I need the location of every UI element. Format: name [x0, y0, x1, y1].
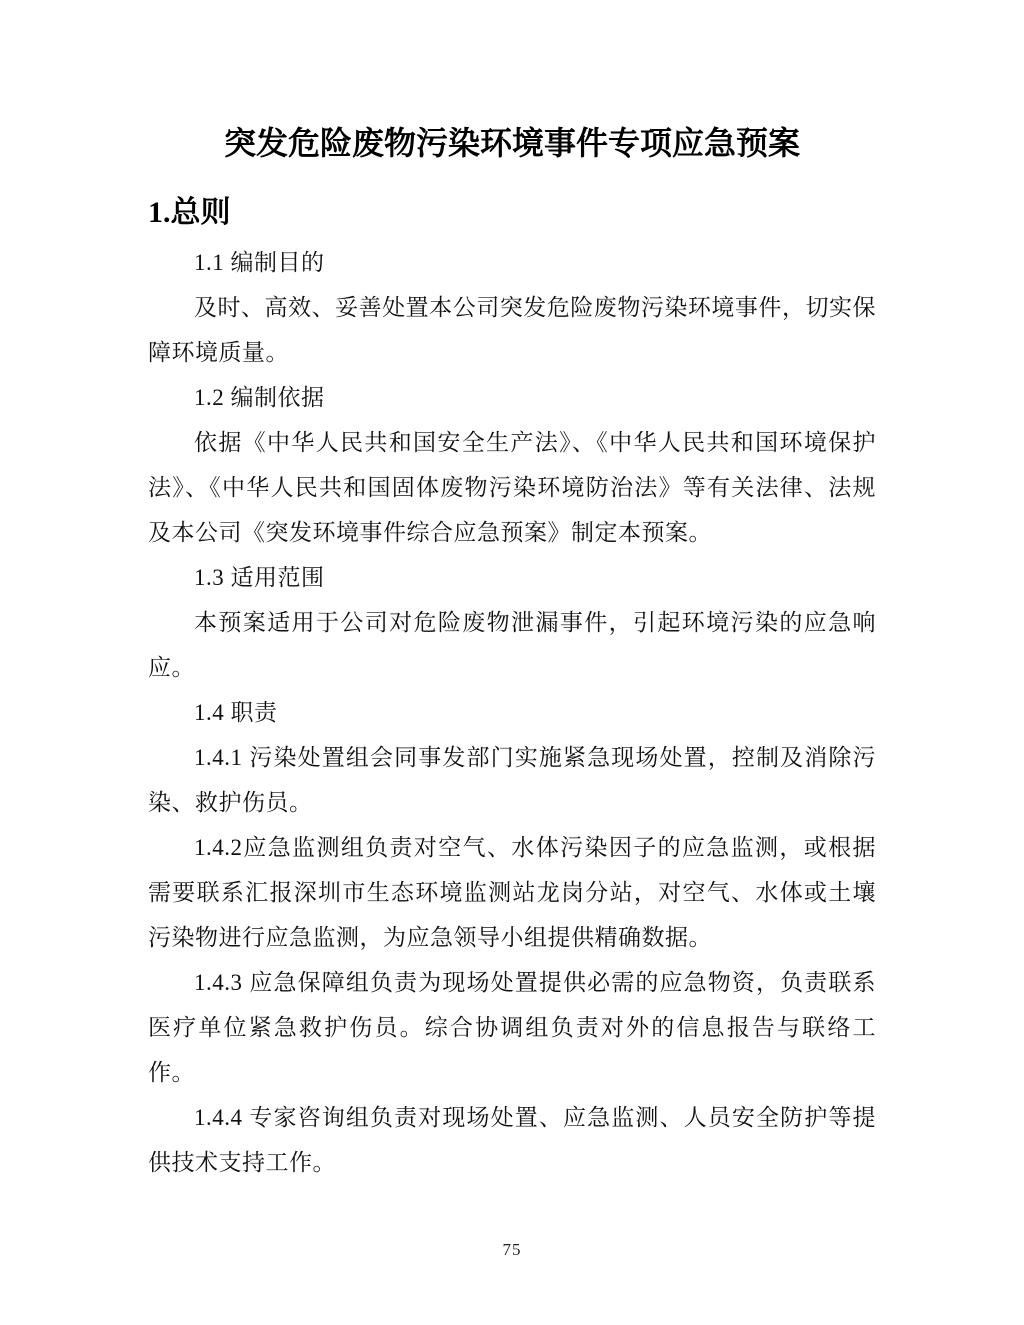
chapter-heading: 1.总则 — [148, 192, 876, 234]
subsection-heading-1-1: 1.1 编制目的 — [148, 240, 876, 285]
page-number: 75 — [0, 1238, 1024, 1262]
paragraph-duty-1-4-3: 1.4.3 应急保障组负责为现场处置提供必需的应急物资，负责联系医疗单位紧急救护… — [148, 960, 876, 1095]
paragraph-basis: 依据《中华人民共和国安全生产法》、《中华人民共和国环境保护法》、《中华人民共和国… — [148, 420, 876, 555]
subsection-heading-1-4: 1.4 职责 — [148, 690, 876, 735]
paragraph-scope: 本预案适用于公司对危险废物泄漏事件，引起环境污染的应急响应。 — [148, 600, 876, 690]
subsection-heading-1-3: 1.3 适用范围 — [148, 555, 876, 600]
paragraph-duty-1-4-4: 1.4.4 专家咨询组负责对现场处置、应急监测、人员安全防护等提供技术支持工作。 — [148, 1095, 876, 1185]
document-page: 突发危险废物污染环境事件专项应急预案 1.总则 1.1 编制目的 及时、高效、妥… — [0, 0, 1024, 1325]
document-title: 突发危险废物污染环境事件专项应急预案 — [0, 0, 1024, 166]
paragraph-duty-1-4-2: 1.4.2应急监测组负责对空气、水体污染因子的应急监测，或根据需要联系汇报深圳市… — [148, 825, 876, 960]
paragraph-duty-1-4-1: 1.4.1 污染处置组会同事发部门实施紧急现场处置，控制及消除污染、救护伤员。 — [148, 735, 876, 825]
subsection-heading-1-2: 1.2 编制依据 — [148, 375, 876, 420]
document-body: 1.1 编制目的 及时、高效、妥善处置本公司突发危险废物污染环境事件，切实保障环… — [148, 240, 876, 1185]
paragraph-purpose: 及时、高效、妥善处置本公司突发危险废物污染环境事件，切实保障环境质量。 — [148, 285, 876, 375]
